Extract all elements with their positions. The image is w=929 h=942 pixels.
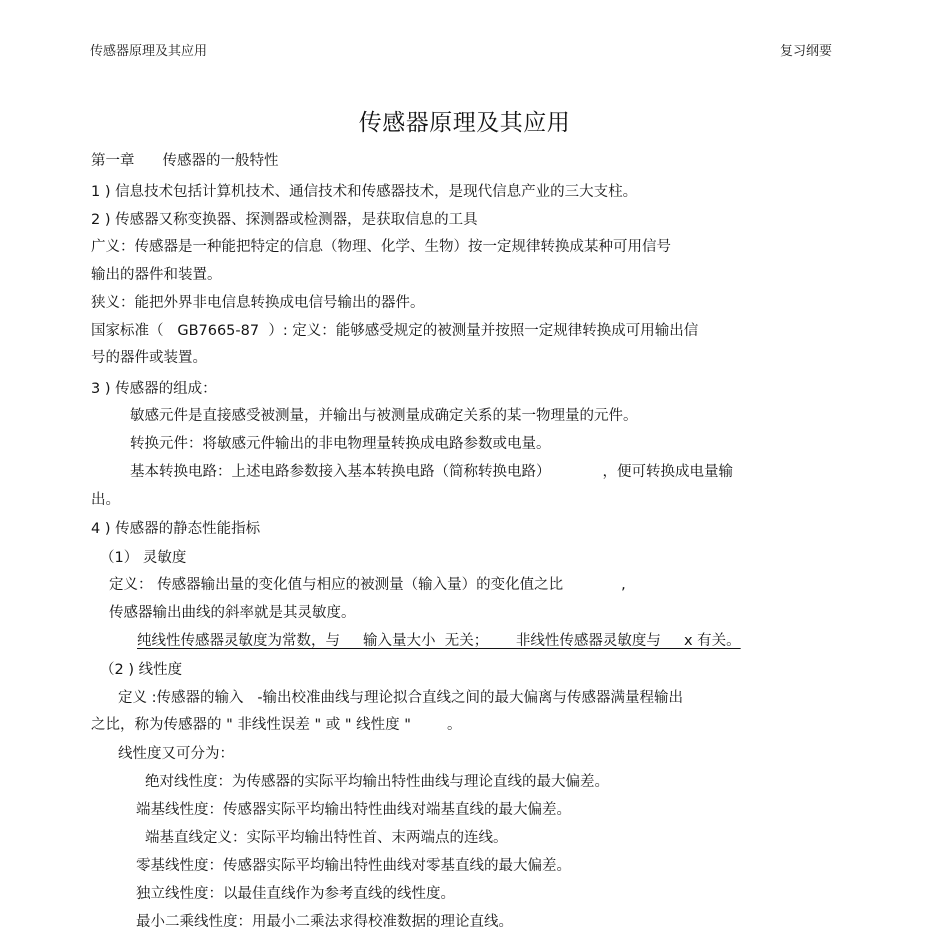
paragraph-1: 1 ) 信息技术包括计算机技术、通信技术和传感器技术，是现代信息产业的三大支柱。 [91,183,637,201]
document-title: 传感器原理及其应用 [0,104,929,137]
chapter-name: 传感器的一般特性 [163,153,279,169]
linearity-types-intro: 线性度又可分为： [118,745,234,763]
basic-circuit-cont: 出。 [91,491,120,509]
sensitivity-note: 纯线性传感器灵敏度为常数，与 输入量大小 无关； 非线性传感器灵敏度与 x 有关… [137,632,741,650]
running-header-section: 复习纲要 [780,40,832,59]
running-header-title: 传感器原理及其应用 [90,40,207,59]
national-standard-definition: 国家标准（ GB7665-87 ）: 定义：能够感受规定的被测量并按照一定规律转… [91,322,698,340]
paragraph-2: 2 ) 传感器又称变换器、探测器或检测器，是获取信息的工具 [91,211,478,229]
conversion-element: 转换元件：将敏感元件输出的非电物理量转换成电路参数或电量。 [130,435,551,453]
absolute-linearity: 绝对线性度：为传感器的实际平均输出特性曲线与理论直线的最大偏差。 [145,773,609,791]
broad-definition-cont: 输出的器件和装置。 [91,266,222,284]
chapter-label: 第一章 [91,153,135,169]
subsection-linearity: （2 ) 线性度 [100,661,182,679]
basic-circuit: 基本转换电路：上述电路参数接入基本转换电路（简称转换电路），便可转换成电量输 [130,463,733,481]
sensitive-element: 敏感元件是直接感受被测量，并输出与被测量成确定关系的某一物理量的元件。 [130,407,638,425]
independent-linearity: 独立线性度：以最佳直线作为参考直线的线性度。 [136,885,455,903]
sensitivity-definition: 定义： 传感器输出量的变化值与相应的被测量（输入量）的变化值之比, [109,576,626,594]
national-standard-cont: 号的器件或装置。 [91,349,207,367]
terminal-linearity: 端基线性度：传感器实际平均输出特性曲线对端基直线的最大偏差。 [136,801,571,819]
linearity-definition: 定义 :传感器的输入 -输出校准曲线与理论拟合直线之间的最大偏离与传感器满量程输… [118,689,683,707]
section-4-heading: 4 ) 传感器的静态性能指标 [91,520,260,538]
chapter-heading: 第一章传感器的一般特性 [91,152,279,170]
terminal-line-definition: 端基直线定义：实际平均输出特性首、末两端点的连线。 [145,829,508,847]
zero-based-linearity: 零基线性度：传感器实际平均输出特性曲线对零基直线的最大偏差。 [136,857,571,875]
broad-definition: 广义：传感器是一种能把特定的信息（物理、化学、生物）按一定规律转换成某种可用信号 [91,238,671,256]
basic-circuit-text: 基本转换电路：上述电路参数接入基本转换电路（简称转换电路） [130,464,551,480]
linearity-definition-cont: 之比，称为传感器的 " 非线性误差 " 或 " 线性度 "。 [91,716,461,734]
basic-circuit-text-end: ，便可转换成电量输 [603,464,734,480]
narrow-definition: 狭义：能把外界非电信息转换成电信号输出的器件。 [91,294,425,312]
section-3-heading: 3 ) 传感器的组成： [91,380,217,398]
formula-placeholder: , [621,577,626,593]
least-squares-linearity: 最小二乘线性度：用最小二乘法求得校准数据的理论直线。 [136,913,513,931]
linearity-definition-text: 之比，称为传感器的 " 非线性误差 " 或 " 线性度 " [91,717,411,733]
linearity-definition-end: 。 [447,717,462,733]
subsection-sensitivity: （1） 灵敏度 [100,549,186,567]
sensitivity-definition-text: 定义： 传感器输出量的变化值与相应的被测量（输入量）的变化值之比 [109,577,563,593]
sensitivity-slope: 传感器输出曲线的斜率就是其灵敏度。 [109,604,356,622]
